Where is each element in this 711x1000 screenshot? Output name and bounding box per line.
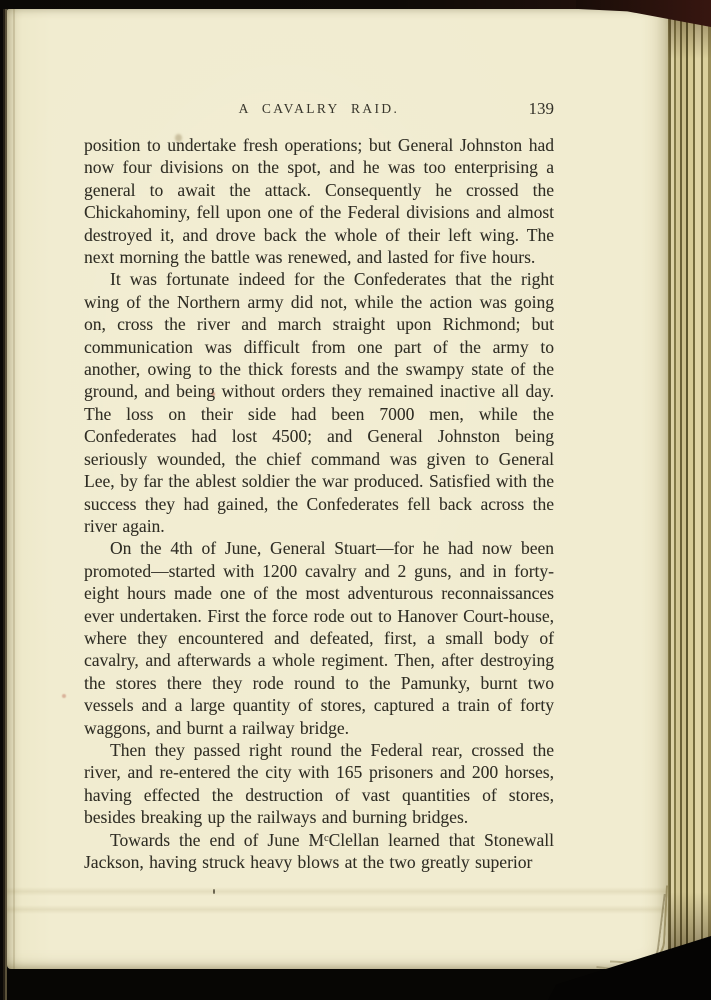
paper-blemish (62, 694, 66, 698)
scan-streak (7, 887, 668, 896)
body-paragraph: It was fortunate indeed for the Confeder… (84, 268, 554, 537)
body-paragraph: Towards the end of June MᶜClellan learne… (84, 829, 554, 874)
paper-blemish (213, 889, 215, 894)
running-head: A CAVALRY RAID. (84, 101, 554, 117)
body-paragraph: Then they passed right round the Federal… (84, 739, 554, 829)
body-copy: position to undertake fresh operations; … (84, 134, 554, 873)
printed-text-block: A CAVALRY RAID. 139 position to undertak… (84, 101, 554, 873)
book-page: A CAVALRY RAID. 139 position to undertak… (7, 9, 668, 969)
binding-edge (0, 0, 7, 1000)
fore-edge-page-stack (668, 9, 711, 962)
body-paragraph: position to undertake fresh operations; … (84, 134, 554, 268)
page-number: 139 (529, 99, 555, 119)
page-header: A CAVALRY RAID. 139 (84, 101, 554, 121)
scanned-book-photo: A CAVALRY RAID. 139 position to undertak… (0, 0, 711, 1000)
scan-streak (7, 905, 668, 914)
gutter-crease (13, 9, 15, 969)
body-paragraph: On the 4th of June, General Stuart—for h… (84, 537, 554, 739)
